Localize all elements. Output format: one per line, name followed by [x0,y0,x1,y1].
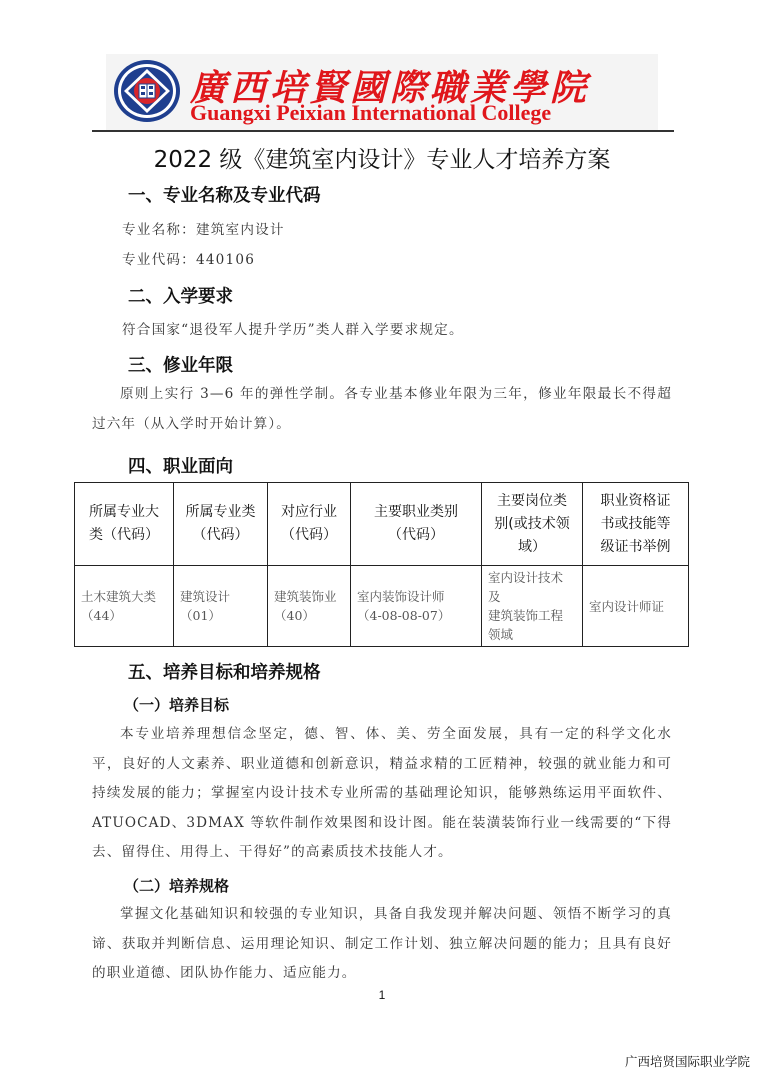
page-number: 1 [0,988,764,1002]
table-header-cell: 所属专业大类（代码） [75,483,174,566]
table-header-cell: 职业资格证书或技能等级证书举例 [583,483,689,566]
table-cell: 室内设计技术及建筑装饰工程领域 [482,566,583,647]
document-title: 2022 级《建筑室内设计》专业人才培养方案 [0,141,764,174]
table-cell: 室内装饰设计师（4-08-08-07） [351,566,482,647]
footer-watermark: 广西培贤国际职业学院 [625,1052,750,1070]
header-divider [92,130,674,132]
training-specification-paragraph: 掌握文化基础知识和较强的专业知识，具备自我发现并解决问题、领悟不断学习的真谛、获… [92,900,672,989]
college-name-english: Guangxi Peixian International College [190,100,551,126]
section-heading-training-goals: 五、培养目标和培养规格 [128,659,321,684]
table-cell: 建筑装饰业（40） [268,566,351,647]
admission-requirement-text: 符合国家“退役军人提升学历”类人群入学要求规定。 [122,318,464,338]
table-cell: 土木建筑大类（44） [75,566,174,647]
college-logo-icon [112,58,182,124]
table-cell: 室内设计师证 [583,566,689,647]
table-header-cell: 对应行业（代码） [268,483,351,566]
section-heading-career-orientation: 四、职业面向 [128,453,233,478]
table-header-row: 所属专业大类（代码） 所属专业类（代码） 对应行业（代码） 主要职业类别（代码）… [75,483,689,566]
table-header-cell: 主要职业类别（代码） [351,483,482,566]
table-cell: 建筑设计（01） [174,566,268,647]
section-heading-major-name: 一、专业名称及专业代码 [128,182,321,207]
career-orientation-table: 所属专业大类（代码） 所属专业类（代码） 对应行业（代码） 主要职业类别（代码）… [74,482,689,647]
table-header-cell: 所属专业类（代码） [174,483,268,566]
subsection-heading-training-objective: （一）培养目标 [124,694,229,715]
major-name-line: 专业名称：建筑室内设计 [122,218,285,238]
training-objective-paragraph: 本专业培养理想信念坚定，德、智、体、美、劳全面发展，具有一定的科学文化水平，良好… [92,720,672,868]
subsection-heading-training-specification: （二）培养规格 [124,875,229,896]
table-row: 土木建筑大类（44） 建筑设计（01） 建筑装饰业（40） 室内装饰设计师（4-… [75,566,689,647]
section-heading-admission: 二、入学要求 [128,283,233,308]
section-heading-study-duration: 三、修业年限 [128,352,233,377]
major-code-line: 专业代码：440106 [122,248,255,268]
study-duration-paragraph: 原则上实行 3—6 年的弹性学制。各专业基本修业年限为三年，修业年限最长不得超过… [92,380,672,439]
table-header-cell: 主要岗位类别(或技术领域） [482,483,583,566]
